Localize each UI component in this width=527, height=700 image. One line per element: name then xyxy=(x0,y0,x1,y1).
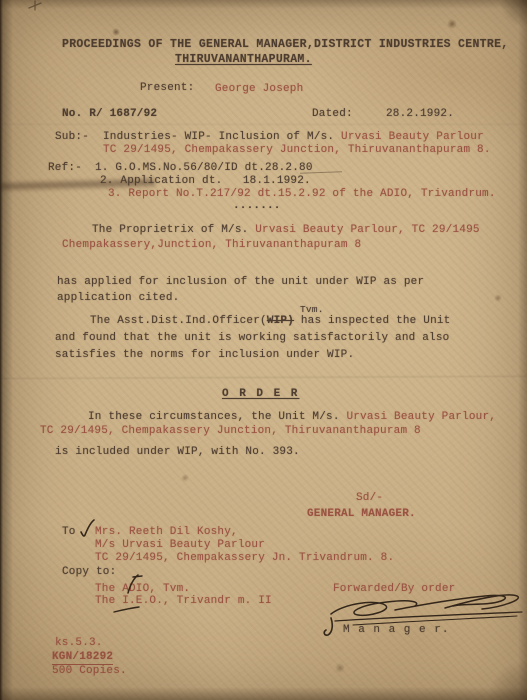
document-title-line2: THIRUVANANTHAPURAM. xyxy=(175,53,312,66)
addressee-address: TC 29/1495, Chempakassery Jn. Trivandrum… xyxy=(95,552,394,565)
footer-initials: ks.5.3. xyxy=(55,637,103,650)
body-para3-line1: The Asst.Dist.Ind.Officer(WIP) has inspe… xyxy=(90,315,450,328)
body-para3-line3: satisfies the norms for inclusion under … xyxy=(55,349,354,362)
reference-label: Ref:- xyxy=(48,162,82,175)
subject-line1-firm: Urvasi Beauty Parlour xyxy=(341,131,484,143)
subject-line2: TC 29/1495, Chempakassery Junction, Thir… xyxy=(103,144,491,157)
copy-to-label: Copy to: xyxy=(62,566,116,579)
addressee-firm: M/s Urvasi Beauty Parlour xyxy=(95,539,265,552)
present-label: Present: xyxy=(140,82,194,95)
scanned-document: PROCEEDINGS OF THE GENERAL MANAGER,DISTR… xyxy=(0,0,527,700)
body-para2-line1: has applied for inclusion of the unit un… xyxy=(57,276,424,289)
manager-title: M a n a g e r. xyxy=(343,624,449,637)
order-line2: TC 29/1495, Chempakassery Junction, Thir… xyxy=(40,425,421,438)
order-line1-firm: Urvasi Beauty Parlour, xyxy=(346,411,496,423)
body-para1-line2: Chempakassery,Junction, Thiruvananthapur… xyxy=(62,239,361,252)
to-label: To xyxy=(62,526,76,539)
subject-label: Sub:- xyxy=(55,131,89,144)
paper-crease-top xyxy=(0,124,527,126)
paper-crease-middle xyxy=(0,376,527,380)
pencil-corner-mark xyxy=(26,0,50,12)
body-para3-line2: and found that the unit is working satis… xyxy=(55,332,449,345)
order-line1: In these circumstances, the Unit M/s. Ur… xyxy=(88,411,496,424)
print-code: KGN/18292 xyxy=(52,651,113,664)
dated-value: 28.2.1992. xyxy=(386,108,454,121)
order-line3: is included under WIP, with No. 393. xyxy=(55,446,300,459)
sd-notation: Sd/- xyxy=(356,492,383,505)
order-heading: O R D E R xyxy=(222,388,299,401)
body-para2-line2: application cited. xyxy=(57,292,179,305)
document-title-line1: PROCEEDINGS OF THE GENERAL MANAGER,DISTR… xyxy=(62,38,508,51)
reference-item-1: 1. G.O.MS.No.56/80/ID dt.28.2.80 xyxy=(95,162,313,175)
copies-count: 500 Copies. xyxy=(52,665,127,678)
para1-firm: Urvasi Beauty Parlour, TC 29/1495 xyxy=(255,224,479,236)
present-name: George Joseph xyxy=(215,83,303,96)
pen-underline-ieo xyxy=(112,604,142,614)
pen-tick-adio xyxy=(124,574,144,596)
reference-item-3: 3. Report No.T.217/92 dt.15.2.92 of the … xyxy=(108,188,496,201)
reference-item-2: 2. Application dt. 18.1.1992. xyxy=(100,175,311,188)
addressee-name: Mrs. Reeth Dil Koshy, xyxy=(95,526,238,539)
para3-post: has inspected the Unit xyxy=(294,315,450,327)
checkmark-pen-tick xyxy=(78,519,96,539)
para3-struck-wip: WIP) xyxy=(267,315,294,327)
para1-intro: The Proprietrix of M/s. xyxy=(92,224,255,236)
file-number: No. R/ 1687/92 xyxy=(62,108,157,121)
para3-pre: The Asst.Dist.Ind.Officer( xyxy=(90,315,267,327)
dated-label: Dated: xyxy=(312,108,353,121)
order-line1-intro: In these circumstances, the Unit M/s. xyxy=(88,411,346,423)
pen-hook-mark xyxy=(322,616,336,640)
print-code-text: KGN/18292 xyxy=(52,651,113,665)
subject-line1-intro: Industries- WIP- Inclusion of M/s. xyxy=(103,131,341,143)
body-para1-line1: The Proprietrix of M/s. Urvasi Beauty Pa… xyxy=(92,224,480,237)
subject-line1: Industries- WIP- Inclusion of M/s. Urvas… xyxy=(103,131,484,144)
separator-dots: ....... xyxy=(233,200,281,213)
general-manager-title: GENERAL MANAGER. xyxy=(307,508,416,521)
